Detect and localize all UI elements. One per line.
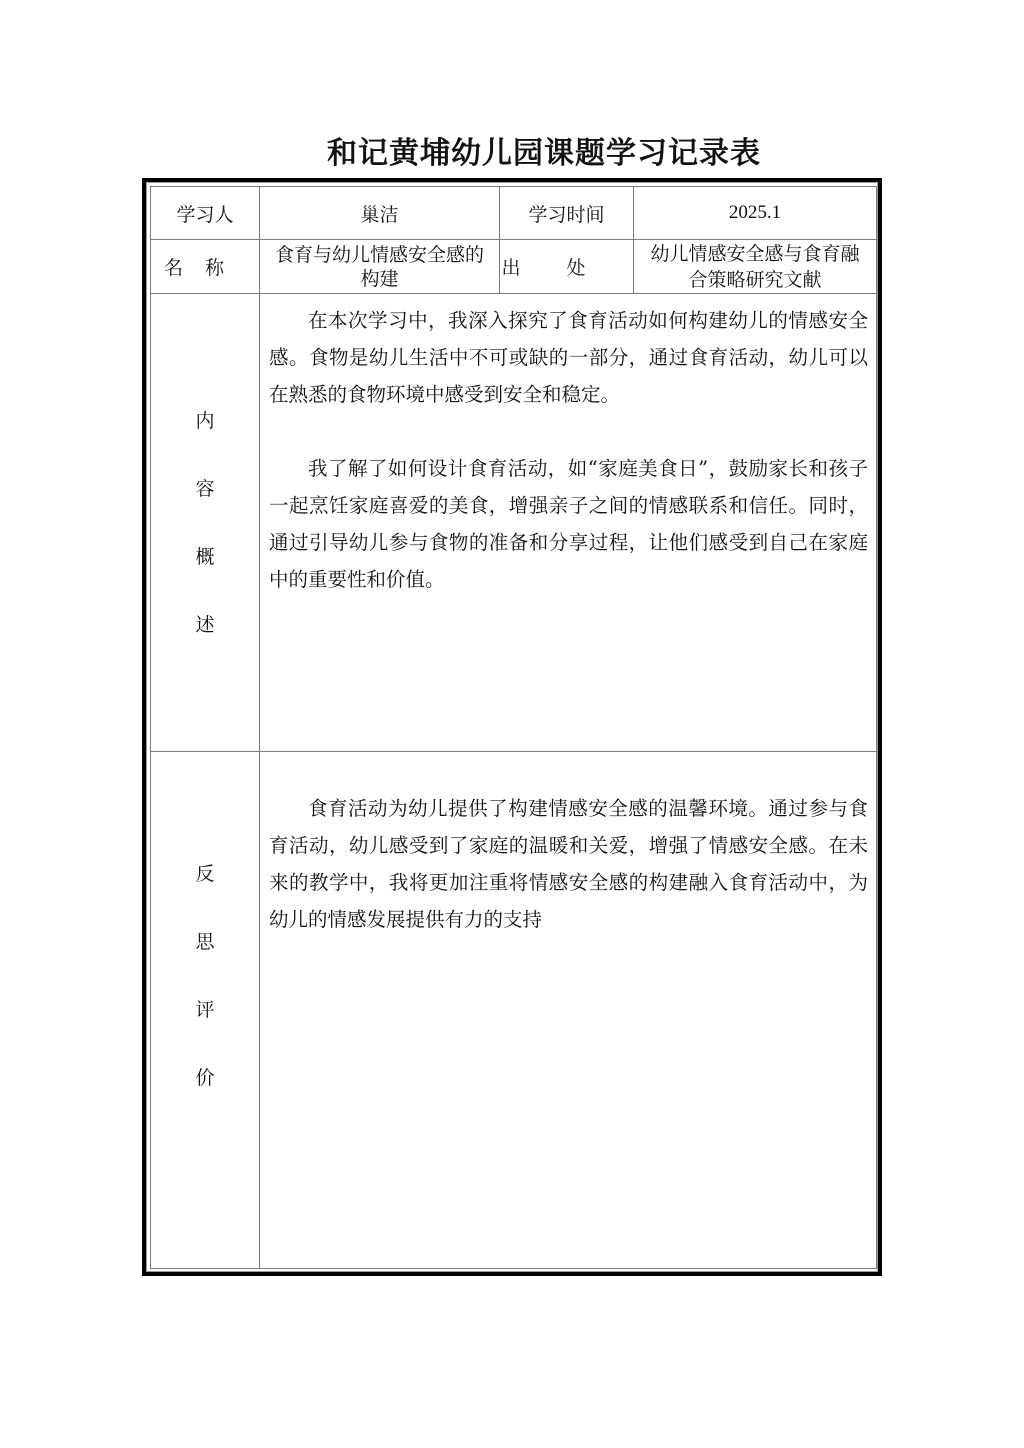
summary-label-char: 容 [195,477,214,501]
summary-label-cell: 内 容 概 述 [151,294,260,752]
study-time-label: 学习时间 [500,187,634,240]
reflection-paragraph: 食育活动为幼儿提供了构建情感安全感的温馨环境。通过参与食育活动，幼儿感受到了家庭… [269,790,868,938]
reflection-label-char: 评 [195,998,214,1022]
reflection-content: 食育活动为幼儿提供了构建情感安全感的温馨环境。通过参与食育活动，幼儿感受到了家庭… [260,752,877,1269]
document-title: 和记黄埔幼儿园课题学习记录表 [0,128,1024,172]
source-value: 幼儿情感安全感与食育融合策略研究文献 [634,240,877,294]
table-row-learner: 学习人 巢洁 学习时间 2025.1 [151,187,877,240]
summary-content: 在本次学习中，我深入探究了食育活动如何构建幼儿的情感安全感。食物是幼儿生活中不可… [260,294,877,752]
name-value: 食育与幼儿情感安全感的构建 [260,240,500,294]
summary-label: 内 容 概 述 [151,294,259,751]
summary-label-char: 概 [195,545,214,569]
study-record-table: 学习人 巢洁 学习时间 2025.1 名称 食育与幼儿情感安全感的构建 出处 幼… [150,186,877,1269]
table-row-summary: 内 容 概 述 在本次学习中，我深入探究了食育活动如何构建幼儿的情感安全感。食物… [151,294,877,752]
summary-label-char: 述 [195,613,214,637]
summary-paragraph: 在本次学习中，我深入探究了食育活动如何构建幼儿的情感安全感。食物是幼儿生活中不可… [269,302,868,413]
table-row-reflection: 反 思 评 价 食育活动为幼儿提供了构建情感安全感的温馨环境。通过参与食育活动，… [151,752,877,1269]
table-row-title: 名称 食育与幼儿情感安全感的构建 出处 幼儿情感安全感与食育融合策略研究文献 [151,240,877,294]
source-label: 出处 [500,240,634,294]
study-time-value: 2025.1 [634,187,877,240]
reflection-label-char: 思 [195,930,214,954]
reflection-label-char: 反 [195,862,214,886]
summary-label-char: 内 [195,409,214,433]
reflection-label-cell: 反 思 评 价 [151,752,260,1269]
reflection-label: 反 思 评 价 [151,752,259,1112]
reflection-label-char: 价 [195,1066,214,1090]
learner-label: 学习人 [151,187,260,240]
name-label: 名称 [151,240,260,294]
learner-value: 巢洁 [260,187,500,240]
summary-paragraph: 我了解了如何设计食育活动，如“家庭美食日”，鼓励家长和孩子一起烹饪家庭喜爱的美食… [269,450,868,598]
